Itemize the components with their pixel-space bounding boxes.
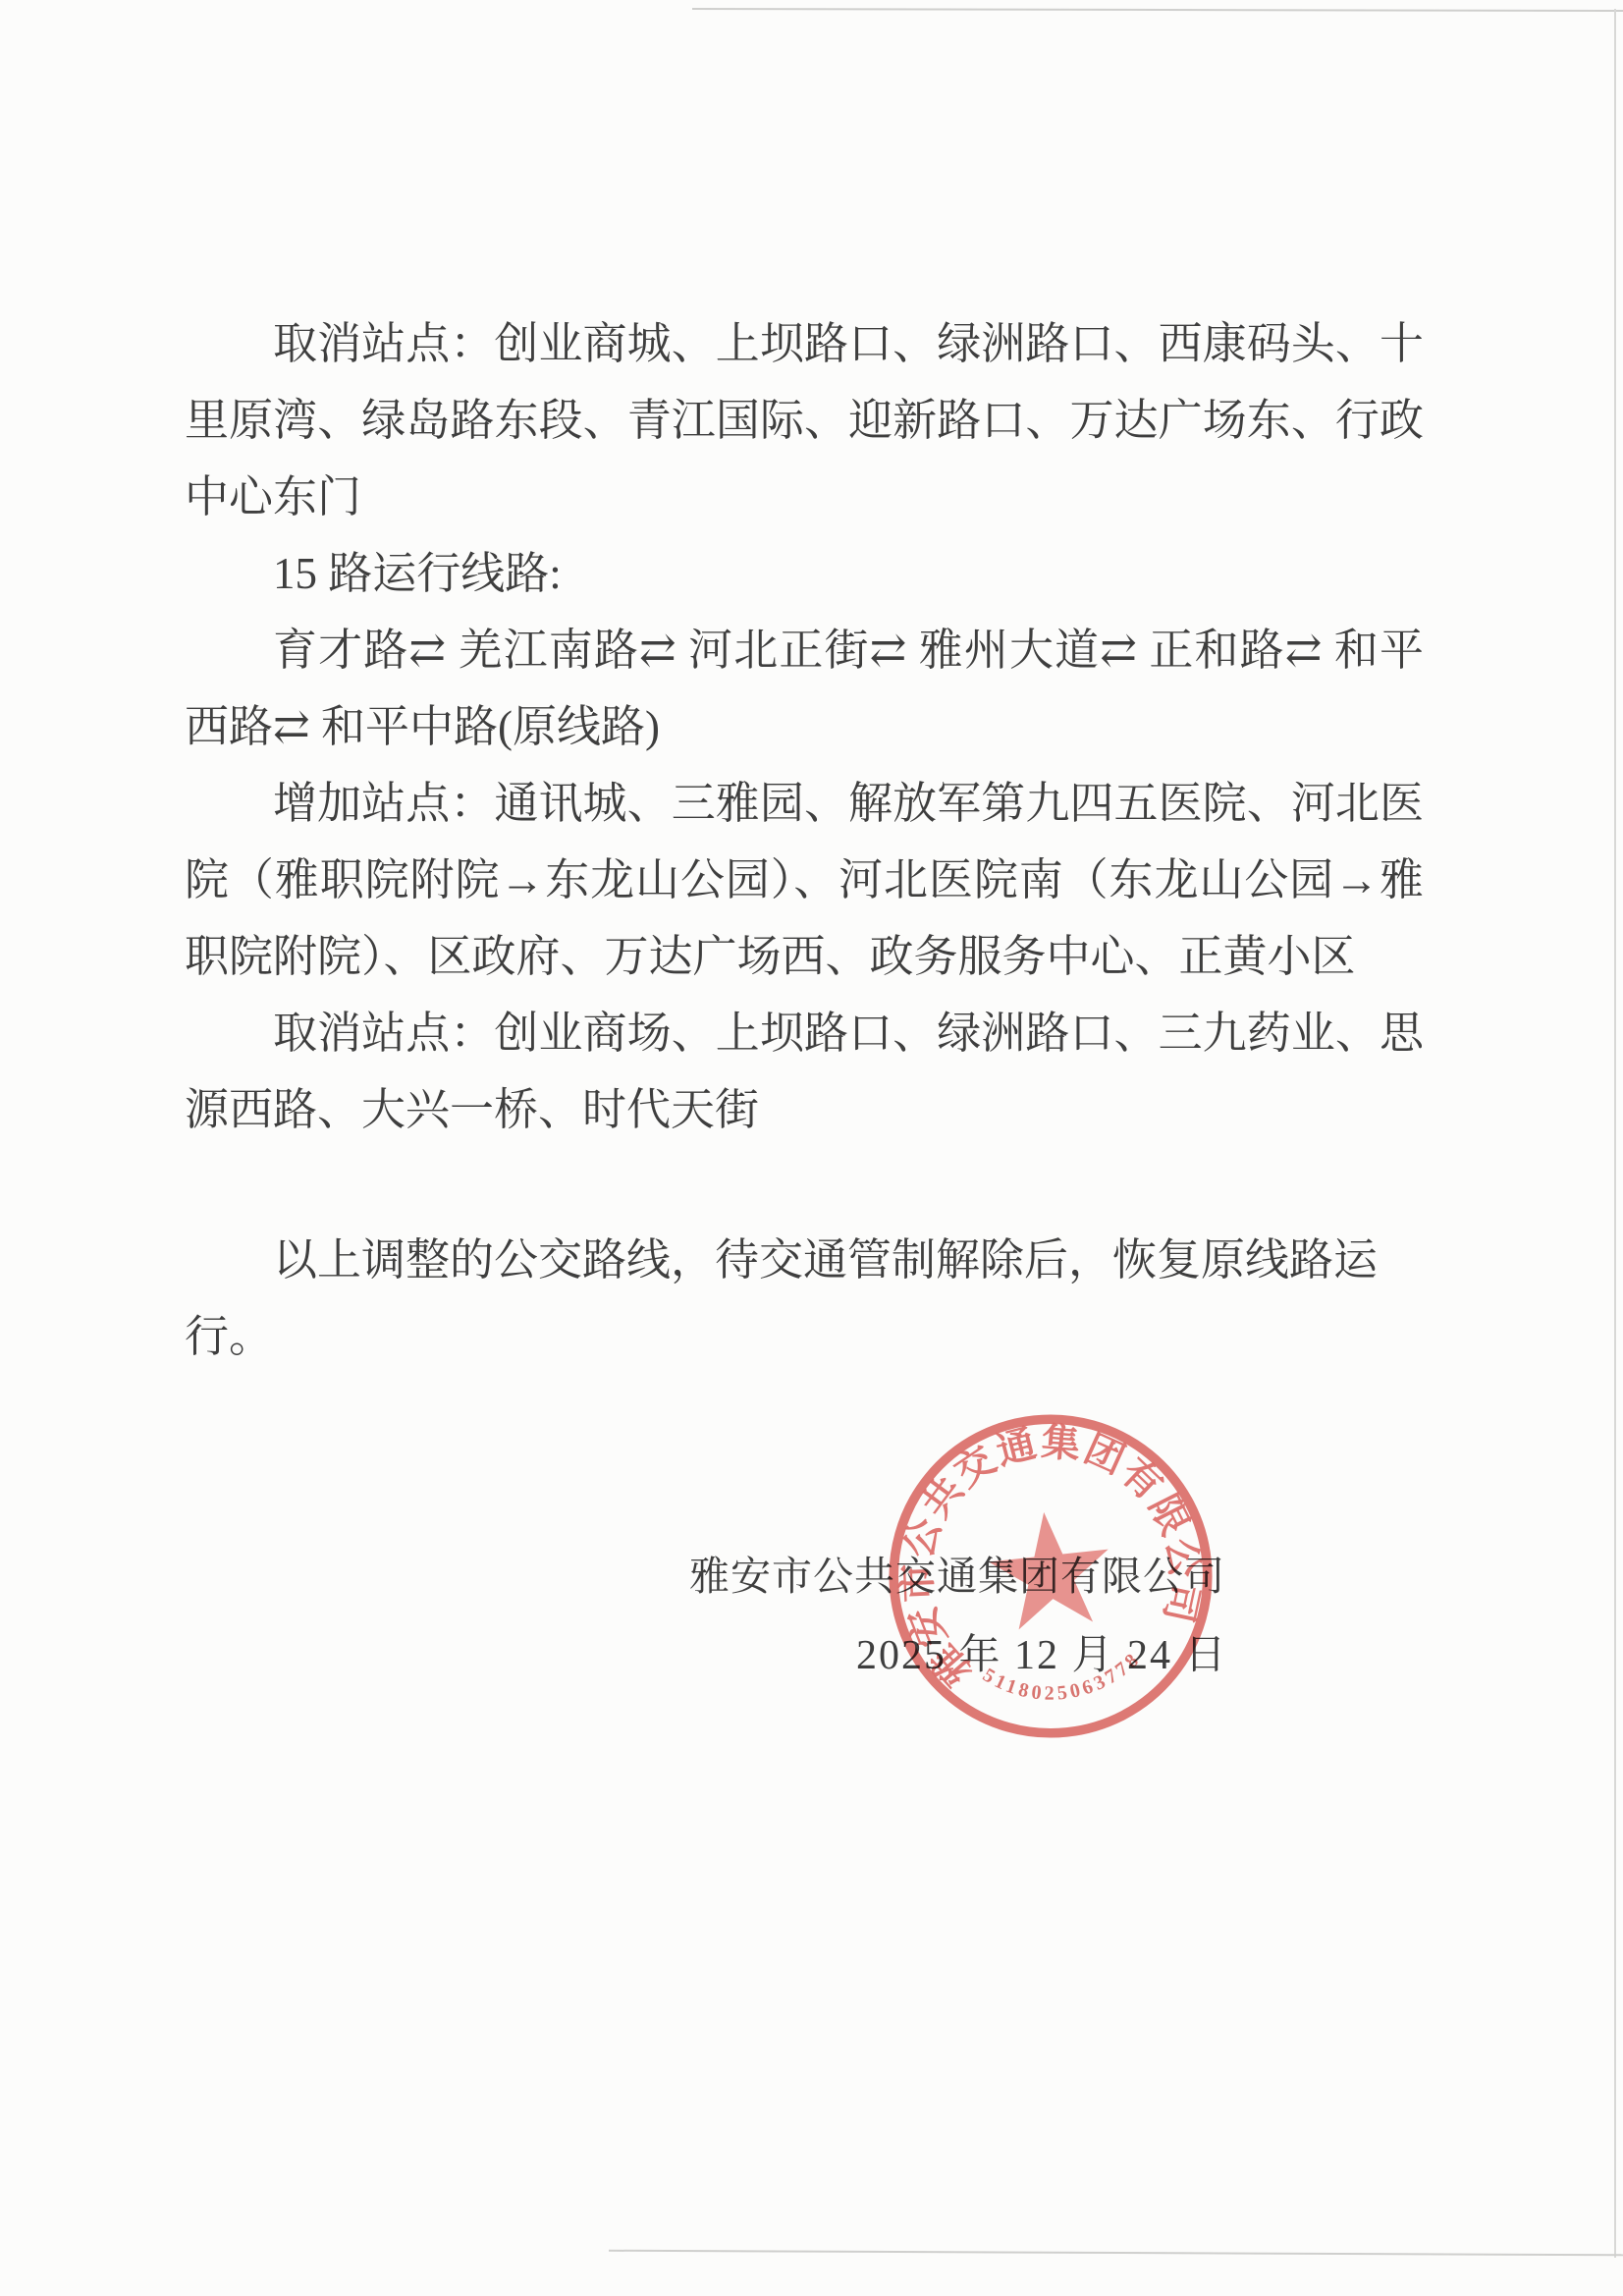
body-line: 取消站点：创业商场、上坝路口、绿洲路口、三九药业、思 bbox=[185, 995, 1424, 1071]
body-line: 取消站点：创业商城、上坝路口、绿洲路口、西康码头、十 bbox=[185, 305, 1424, 382]
body-line: 西路⇄ 和平中路(原线路) bbox=[185, 688, 1424, 765]
body-line: 源西路、大兴一桥、时代天街 bbox=[185, 1071, 1424, 1148]
body-line: 职院附院）、区政府、万达广场西、政务服务中心、正黄小区 bbox=[185, 918, 1424, 995]
body-line: 育才路⇄ 羌江南路⇄ 河北正街⇄ 雅州大道⇄ 正和路⇄ 和平 bbox=[185, 612, 1424, 688]
document-body: 取消站点：创业商城、上坝路口、绿洲路口、西康码头、十 里原湾、绿岛路东段、青江国… bbox=[185, 305, 1424, 1375]
scan-edge-bottom bbox=[609, 2250, 1623, 2257]
body-line: 里原湾、绿岛路东段、青江国际、迎新路口、万达广场东、行政 bbox=[185, 382, 1424, 459]
official-seal: ★ 雅安市公共交通集团有限公司 5118025063778 bbox=[841, 1367, 1260, 1785]
scan-edge-right bbox=[1614, 9, 1616, 2258]
body-line: 15 路运行线路: bbox=[185, 535, 1424, 612]
body-line: 院（雅职院附院→东龙山公园）、河北医院南（东龙山公园→雅 bbox=[185, 842, 1424, 918]
scan-edge-top bbox=[692, 8, 1623, 12]
document-page: 取消站点：创业商城、上坝路口、绿洲路口、西康码头、十 里原湾、绿岛路东段、青江国… bbox=[0, 0, 1623, 2296]
body-closing-line: 以上调整的公交路线，待交通管制解除后，恢复原线路运行。 bbox=[185, 1222, 1424, 1375]
seal-star-icon: ★ bbox=[971, 1473, 1130, 1669]
body-line: 中心东门 bbox=[185, 459, 1424, 535]
body-line: 增加站点：通讯城、三雅园、解放军第九四五医院、河北医 bbox=[185, 765, 1424, 842]
